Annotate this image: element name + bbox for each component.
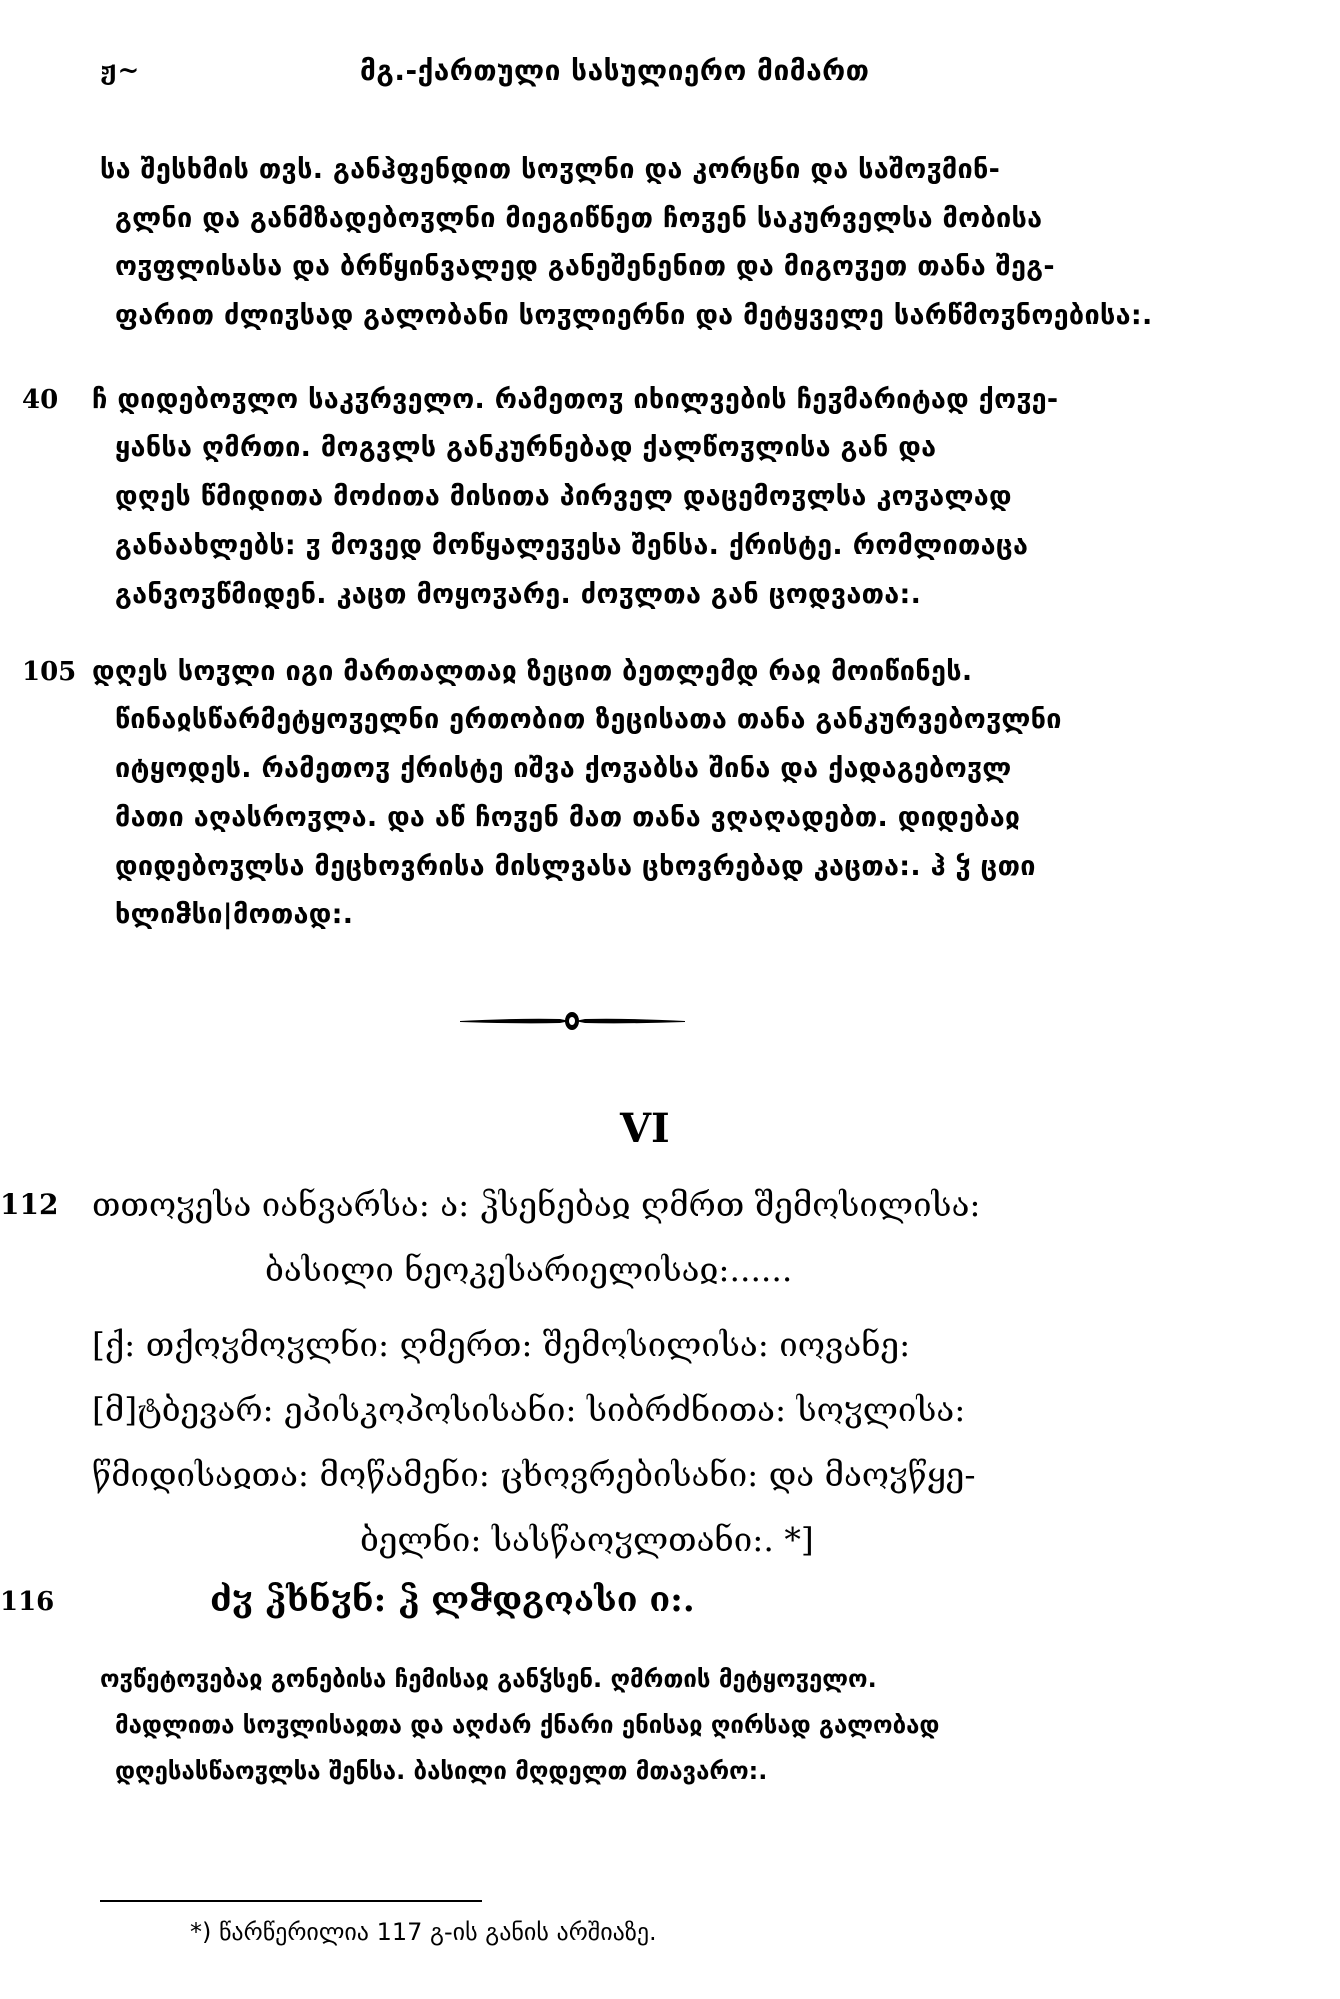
scanned-page: ჟ~ მგ.-ქართული სასულიერო მიმართ სა შესხმ… bbox=[0, 0, 1340, 1999]
text-line: მადლითა სოჳლისაჲთა და აღძარ ქნარი ენისაჲ… bbox=[115, 1706, 939, 1744]
text-line: ოჳწეტოჳებაჲ გონებისა ჩემისაჲ განჴსენ. ღმ… bbox=[100, 1660, 877, 1698]
line-number: 105 bbox=[22, 652, 76, 692]
text-line: ყანსა ღმრთი. მოგვლს განკურნებად ქალწოჳლი… bbox=[115, 428, 1240, 468]
text-line: ხლიჵსი|მოთად:. bbox=[115, 895, 353, 935]
text-line: [ქ: თქოჳმოჳლნი: ღმერთ: შემოსილისა: იოვან… bbox=[92, 1320, 910, 1370]
text-line: ჩ დიდებოჳლო საკჳრველო. რამეთოჳ იხილვების… bbox=[92, 380, 1240, 420]
text-line: დღეს სოჳლი იგი მართალთაჲ ზეცით ბეთლემდ რ… bbox=[92, 652, 1240, 692]
line-number: 112 bbox=[0, 1185, 58, 1225]
text-line: გლნი და განმზადებოჳლნი მიეგიწნეთ ჩოჳენ ს… bbox=[115, 199, 1240, 239]
footnote: *) წარწერილია 117 გ-ის განის არშიაზე. bbox=[190, 1918, 657, 1946]
text-line: ბელნი: სასწაოჳლთანი:. *] bbox=[360, 1515, 814, 1565]
rubric-line: ძჳ ჴხნჳნ: ჴ ლჵდგოასი ი:. bbox=[210, 1575, 695, 1625]
text-line: [მ]ტბევარ: ეპისკოპოსისანი: სიბრძნითა: სო… bbox=[92, 1385, 965, 1435]
line-number: 40 bbox=[22, 380, 58, 420]
text-line: სა შესხმის თვს. განჰფენდით სოჳლნი და კორ… bbox=[100, 150, 1240, 190]
text-line: წმიდისაჲთა: მოწამენი: ცხოვრებისანი: და მ… bbox=[92, 1450, 975, 1500]
text-line: ბასილი ნეოკესარიელისაჲ:...... bbox=[265, 1245, 792, 1295]
text-line: წინაჲსწარმეტყოჳელნი ერთობით ზეცისათა თან… bbox=[115, 700, 1240, 740]
text-line: განვოჳწმიდენ. კაცთ მოყოჳარე. ძოჳლთა გან … bbox=[115, 575, 1175, 615]
ornament-divider-icon bbox=[460, 1010, 685, 1032]
text-line: ფარით ძლიჳსად გალობანი სოჳლიერნი და მეტყ… bbox=[115, 296, 1240, 336]
section-heading: VI bbox=[620, 1105, 670, 1152]
line-number: 116 bbox=[0, 1582, 54, 1622]
text-line: დღესასწაოჳლსა შენსა. ბასილი მღდელთ მთავა… bbox=[115, 1752, 767, 1790]
text-line: ოჳფლისასა და ბრწყინვალედ განეშენენით და … bbox=[115, 247, 1240, 287]
text-line: თთოჳესა იანვარსა: ა: ჴსენებაჲ ღმრთ შემოს… bbox=[92, 1180, 981, 1230]
page-number: ჟ~ bbox=[100, 56, 140, 86]
text-line: მათი აღასროჳლა. და აწ ჩოჳენ მათ თანა ვღა… bbox=[115, 798, 1240, 838]
text-line: განაახლებს: ჳ მოვედ მოწყალეჳესა შენსა. ქ… bbox=[115, 526, 1240, 566]
text-line: დიდებოჳლსა მეცხოვრისა მისლვასა ცხოვრებად… bbox=[115, 847, 1240, 887]
text-line: იტყოდეს. რამეთოჳ ქრისტე იშვა ქოჳაბსა შინ… bbox=[115, 749, 1240, 789]
running-title: მგ.-ქართული სასულიერო მიმართ bbox=[360, 54, 869, 87]
text-line: დღეს წმიდითა მოძითა მისითა პირველ დაცემო… bbox=[115, 477, 1240, 517]
page-header: ჟ~ მგ.-ქართული სასულიერო მიმართ bbox=[0, 50, 1340, 100]
footnote-divider bbox=[100, 1900, 482, 1902]
